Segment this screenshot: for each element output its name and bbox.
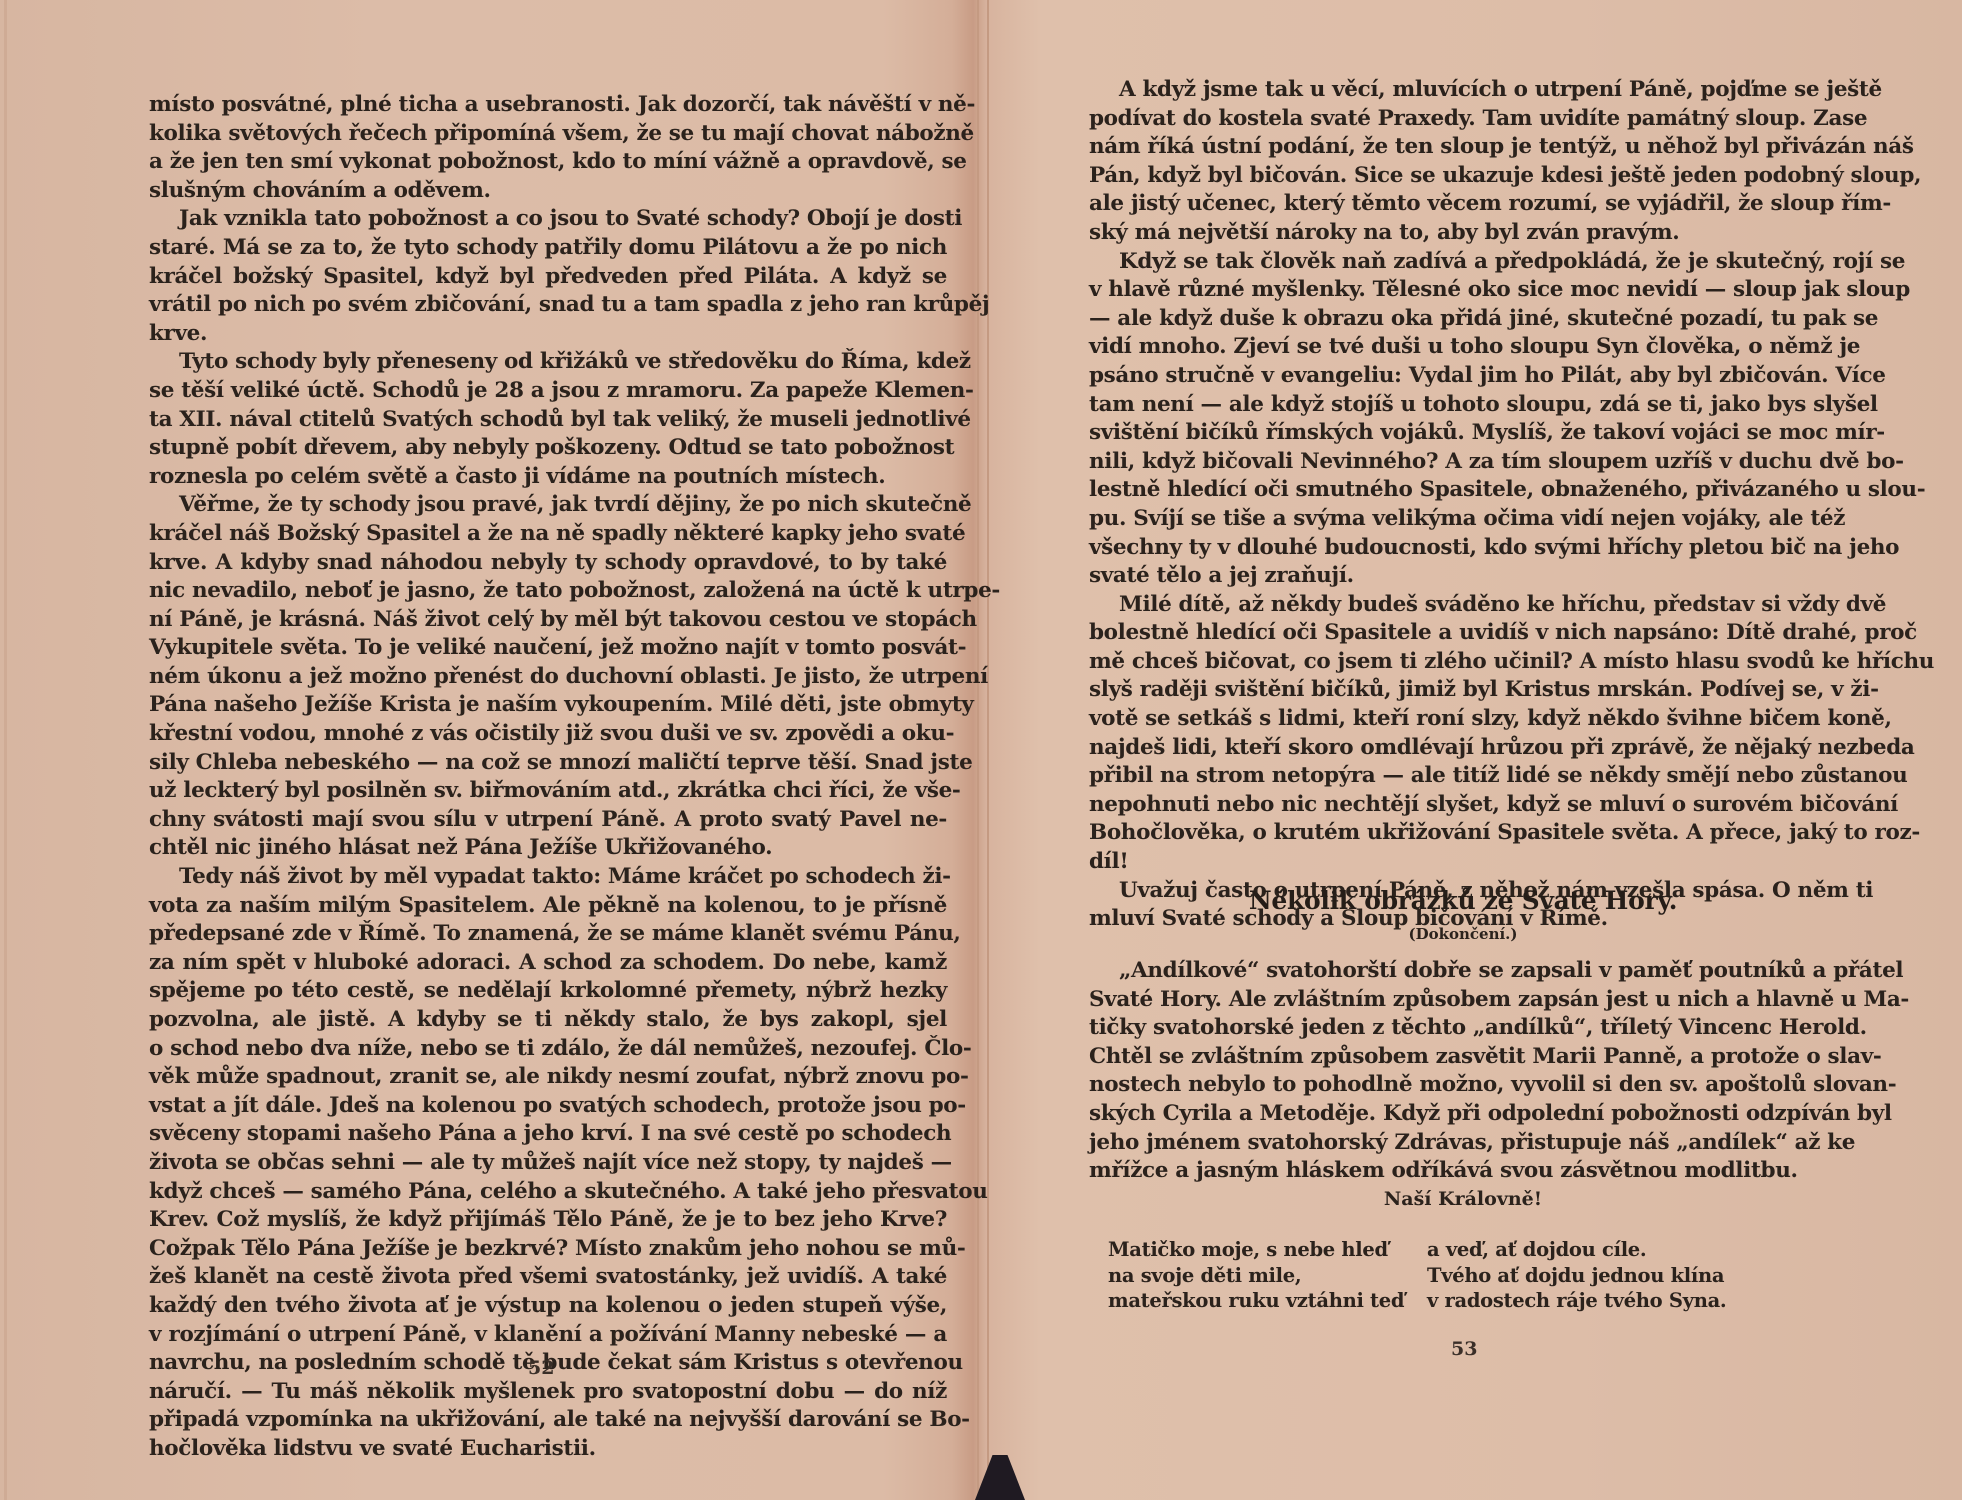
poem-verse: v radostech ráje tvého Syna.: [1427, 1288, 1726, 1314]
text-line: vstat a jít dále. Jdeš na kolenou po sva…: [149, 1092, 947, 1121]
text-line: nám říká ústní podání, že ten sloup je t…: [1089, 133, 1837, 162]
text-line: Tedy náš život by měl vypadat takto: Mám…: [149, 863, 947, 892]
text-line: spějeme po této cestě, se nedělají krkol…: [149, 977, 947, 1006]
section-subtitle: (Dokončení.): [1089, 925, 1837, 943]
text-line: ní Páně, je krásná. Náš život celý by mě…: [149, 606, 947, 635]
text-line: vidí mnoho. Zjeví se tvé duši u toho slo…: [1089, 333, 1837, 362]
text-line: slyš raději svištění bičíků, jimiž byl K…: [1089, 676, 1837, 705]
text-line: mě chceš bičovat, co jsem ti zlého učini…: [1089, 648, 1837, 677]
text-line: místo posvátné, plné ticha a usebranosti…: [149, 91, 947, 120]
text-line: lestně hledící oči smutného Spasitele, o…: [1089, 476, 1837, 505]
text-line: Pána našeho Ježíše Krista je naším vykou…: [149, 691, 947, 720]
text-line: v rozjímání o utrpení Páně, v klanění a …: [149, 1321, 947, 1350]
right-page: A když jsme tak u věcí, mluvících o utrp…: [985, 0, 1962, 1500]
text-line: slušným chováním a oděvem.: [149, 177, 947, 206]
text-line: za ním spět v hluboké adoraci. A schod z…: [149, 949, 947, 978]
text-line: svěceny stopami našeho Pána a jeho krví.…: [149, 1120, 947, 1149]
text-line: krve.: [149, 320, 947, 349]
text-line: chtěl nic jiného hlásat než Pána Ježíše …: [149, 834, 947, 863]
text-line: roznesla po celém světě a často ji vídám…: [149, 463, 947, 492]
text-line: všechny ty v dlouhé budoucnosti, kdo svý…: [1089, 534, 1837, 563]
text-line: Vykupitele světa. To je veliké naučení, …: [149, 634, 947, 663]
text-line: nili, když bičovali Nevinného? A za tím …: [1089, 448, 1837, 477]
poem-verse: na svoje děti mile,: [1108, 1263, 1404, 1289]
text-line: najdeš lidi, kteří skoro omdlévají hrůzo…: [1089, 734, 1837, 763]
text-line: připadá vzpomínka na ukřižování, ale tak…: [149, 1406, 947, 1435]
poem-title: Naší Královně!: [1089, 1188, 1837, 1210]
text-line: tam není — ale když stojíš u tohoto slou…: [1089, 391, 1837, 420]
text-line: ta XII. nával ctitelů Svatých schodů byl…: [149, 406, 947, 435]
text-line: přibil na strom netopýra — ale titíž lid…: [1089, 762, 1837, 791]
text-line: ale jistý učenec, který těmto věcem rozu…: [1089, 190, 1837, 219]
text-line: chny svátosti mají svou sílu v utrpení P…: [149, 806, 947, 835]
book-spread: místo posvátné, plné ticha a usebranosti…: [0, 0, 1962, 1500]
text-line: bolestně hledící oči Spasitele a uvidíš …: [1089, 619, 1837, 648]
text-line: votě se setkáš s lidmi, kteří roní slzy,…: [1089, 705, 1837, 734]
text-line: Krev. Což myslíš, že když přijímáš Tělo …: [149, 1206, 947, 1235]
text-line: Milé dítě, až někdy budeš sváděno ke hří…: [1089, 591, 1837, 620]
text-line: ném úkonu a jež možno přenést do duchovn…: [149, 663, 947, 692]
text-line: a že jen ten smí vykonat pobožnost, kdo …: [149, 148, 947, 177]
text-line: díl!: [1089, 848, 1837, 877]
text-line: náručí. — Tu máš několik myšlenek pro sv…: [149, 1378, 947, 1407]
text-line: se těší veliké úctě. Schodů je 28 a jsou…: [149, 377, 947, 406]
text-line: hočlověka lidstvu ve svaté Eucharistii.: [149, 1435, 947, 1464]
text-line: pozvolna, ale jistě. A kdyby se ti někdy…: [149, 1006, 947, 1035]
text-line: krve. A kdyby snad náhodou nebyly ty sch…: [149, 549, 947, 578]
text-line: už leckterý byl posilněn sv. biřmováním …: [149, 777, 947, 806]
text-line: ských Cyrila a Metoděje. Když při odpole…: [1089, 1100, 1837, 1129]
section-title: Několik obrázků ze Svaté Hory.: [1089, 886, 1837, 915]
text-line: když chceš — samého Pána, celého a skute…: [149, 1178, 947, 1207]
section-body: „Andílkové“ svatohorští dobře se zapsali…: [1089, 957, 1837, 1186]
text-line: křestní vodou, mnohé z vás očistily již …: [149, 720, 947, 749]
text-line: — ale když duše k obrazu oka přidá jiné,…: [1089, 305, 1837, 334]
text-line: každý den tvého života ať je výstup na k…: [149, 1292, 947, 1321]
poem-verse: a veď, ať dojdou cíle.: [1427, 1237, 1726, 1263]
page-number-right: 53: [1451, 1338, 1477, 1360]
text-line: o schod nebo dva níže, nebo se ti zdálo,…: [149, 1035, 947, 1064]
text-line: nostech nebylo to pohodlně možno, vyvoli…: [1089, 1071, 1837, 1100]
text-line: předepsané zde v Římě. To znamená, že se…: [149, 920, 947, 949]
text-line: Věřme, že ty schody jsou pravé, jak tvrd…: [149, 491, 947, 520]
text-line: svištění bičíků římských vojáků. Myslíš,…: [1089, 419, 1837, 448]
text-line: života se občas sehni — ale ty můžeš naj…: [149, 1149, 947, 1178]
text-line: Pán, když byl bičován. Sice se ukazuje k…: [1089, 162, 1837, 191]
text-line: jeho jménem svatohorský Zdrávas, přistup…: [1089, 1129, 1837, 1158]
text-line: psáno stručně v evangeliu: Vydal jim ho …: [1089, 362, 1837, 391]
text-line: nic nevadilo, neboť je jasno, že tato po…: [149, 577, 947, 606]
poem-column-2: a veď, ať dojdou cíle. Tvého ať dojdu je…: [1427, 1237, 1726, 1314]
text-line: „Andílkové“ svatohorští dobře se zapsali…: [1089, 957, 1837, 986]
text-line: Když se tak člověk naň zadívá a předpokl…: [1089, 248, 1837, 277]
text-line: Svaté Hory. Ale zvláštním způsobem zapsá…: [1089, 986, 1837, 1015]
text-line: pu. Svíjí se tiše a svýma velikýma očima…: [1089, 505, 1837, 534]
text-line: staré. Má se za to, že tyto schody patři…: [149, 234, 947, 263]
left-page: místo posvátné, plné ticha a usebranosti…: [0, 0, 985, 1500]
text-line: mřížce a jasným hláskem odříkává svou zá…: [1089, 1157, 1837, 1186]
text-line: A když jsme tak u věcí, mluvících o utrp…: [1089, 76, 1837, 105]
page-number-left: 52: [528, 1357, 554, 1379]
text-line: svaté tělo a jej zraňují.: [1089, 562, 1837, 591]
text-line: Tyto schody byly přeneseny od křižáků ve…: [149, 348, 947, 377]
text-line: Cožpak Tělo Pána Ježíše je bezkrvé? Míst…: [149, 1235, 947, 1264]
text-line: kráčel božský Spasitel, když byl předved…: [149, 263, 947, 292]
poem-verse: mateřskou ruku vztáhni teď: [1108, 1288, 1404, 1314]
text-line: stupně pobít dřevem, aby nebyly poškozen…: [149, 434, 947, 463]
text-line: vota za naším milým Spasitelem. Ale pěkn…: [149, 892, 947, 921]
text-line: kráčel náš Božský Spasitel a že na ně sp…: [149, 520, 947, 549]
text-line: ský má největší nároky na to, aby byl zv…: [1089, 219, 1837, 248]
text-line: vrátil po nich po svém zbičování, snad t…: [149, 291, 947, 320]
text-line: nepohnuti nebo nic nechtějí slyšet, když…: [1089, 791, 1837, 820]
text-line: Bohočlověka, o krutém ukřižování Spasite…: [1089, 819, 1837, 848]
text-line: tičky svatohorské jeden z těchto „andílk…: [1089, 1014, 1837, 1043]
poem-verse: Matičko moje, s nebe hleď: [1108, 1237, 1404, 1263]
text-line: sily Chleba nebeského — na což se mnozí …: [149, 749, 947, 778]
text-line: kolika světových řečech připomíná všem, …: [149, 120, 947, 149]
text-line: věk může spadnout, zranit se, ale nikdy …: [149, 1063, 947, 1092]
poem-verse: Tvého ať dojdu jednou klína: [1427, 1263, 1726, 1289]
left-page-body: místo posvátné, plné ticha a usebranosti…: [149, 91, 947, 1464]
poem-column-1: Matičko moje, s nebe hleď na svoje děti …: [1108, 1237, 1404, 1314]
text-line: žeš klanět na cestě života před všemi sv…: [149, 1263, 947, 1292]
text-line: Chtěl se zvláštním způsobem zasvětit Mar…: [1089, 1043, 1837, 1072]
text-line: podívat do kostela svaté Praxedy. Tam uv…: [1089, 105, 1837, 134]
right-page-body: A když jsme tak u věcí, mluvících o utrp…: [1089, 76, 1837, 934]
text-line: v hlavě různé myšlenky. Tělesné oko sice…: [1089, 276, 1837, 305]
text-line: Jak vznikla tato pobožnost a co jsou to …: [149, 205, 947, 234]
